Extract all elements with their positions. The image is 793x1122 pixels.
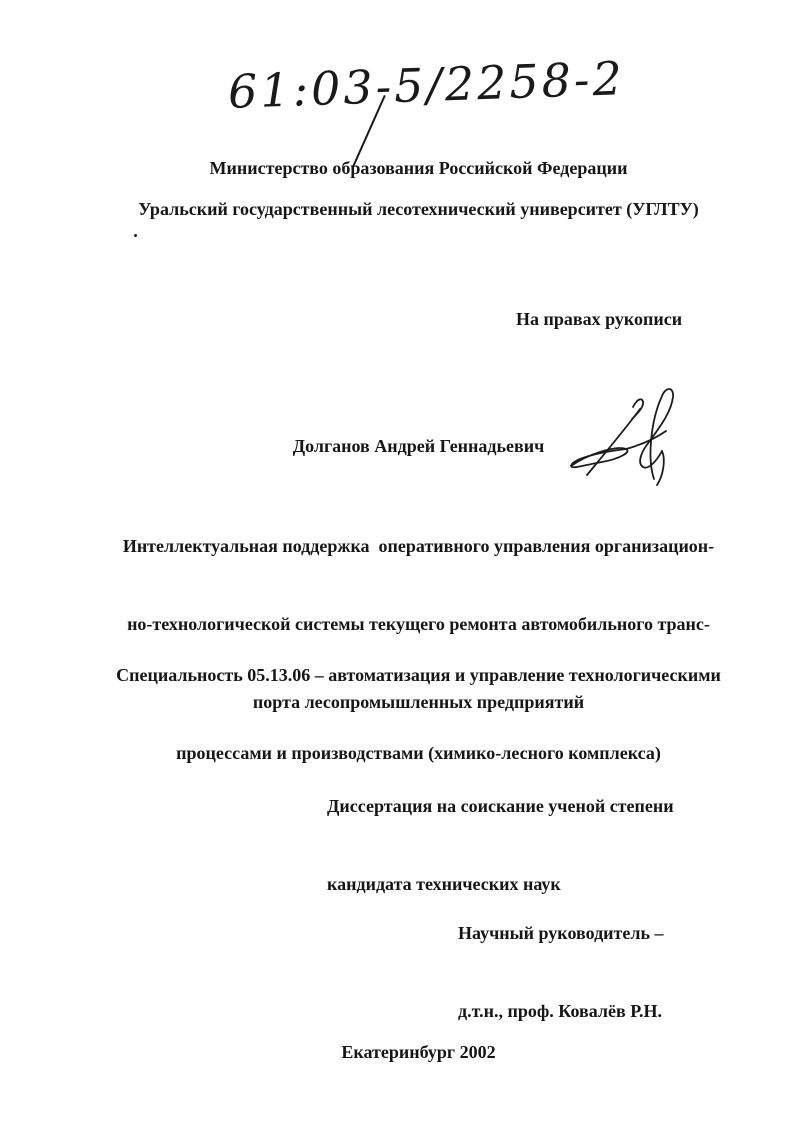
supervisor-line: Научный руководитель – <box>458 920 664 946</box>
specialty-line: Специальность 05.13.06 – автоматизация и… <box>44 662 793 688</box>
title-line: Интеллектуальная поддержка оперативного … <box>44 533 793 559</box>
stray-ink-dot <box>134 234 137 237</box>
handwritten-call-number: 61:03-5/2258-2 <box>227 55 625 115</box>
city-year: Екатеринбург 2002 <box>44 1039 793 1065</box>
supervisor-line: д.т.н., проф. Ковалёв Р.Н. <box>458 998 664 1024</box>
dissertation-title-page: 61:03-5/2258-2 Министерство образования … <box>0 0 793 1122</box>
university-line: Уральский государственный лесотехнически… <box>44 196 793 222</box>
ministry-line: Министерство образования Российской Феде… <box>44 155 793 181</box>
manuscript-note: На правах рукописи <box>516 306 682 332</box>
dissertation-type-line: Диссертация на соискание ученой степени <box>327 793 674 819</box>
author-signature <box>566 382 706 492</box>
